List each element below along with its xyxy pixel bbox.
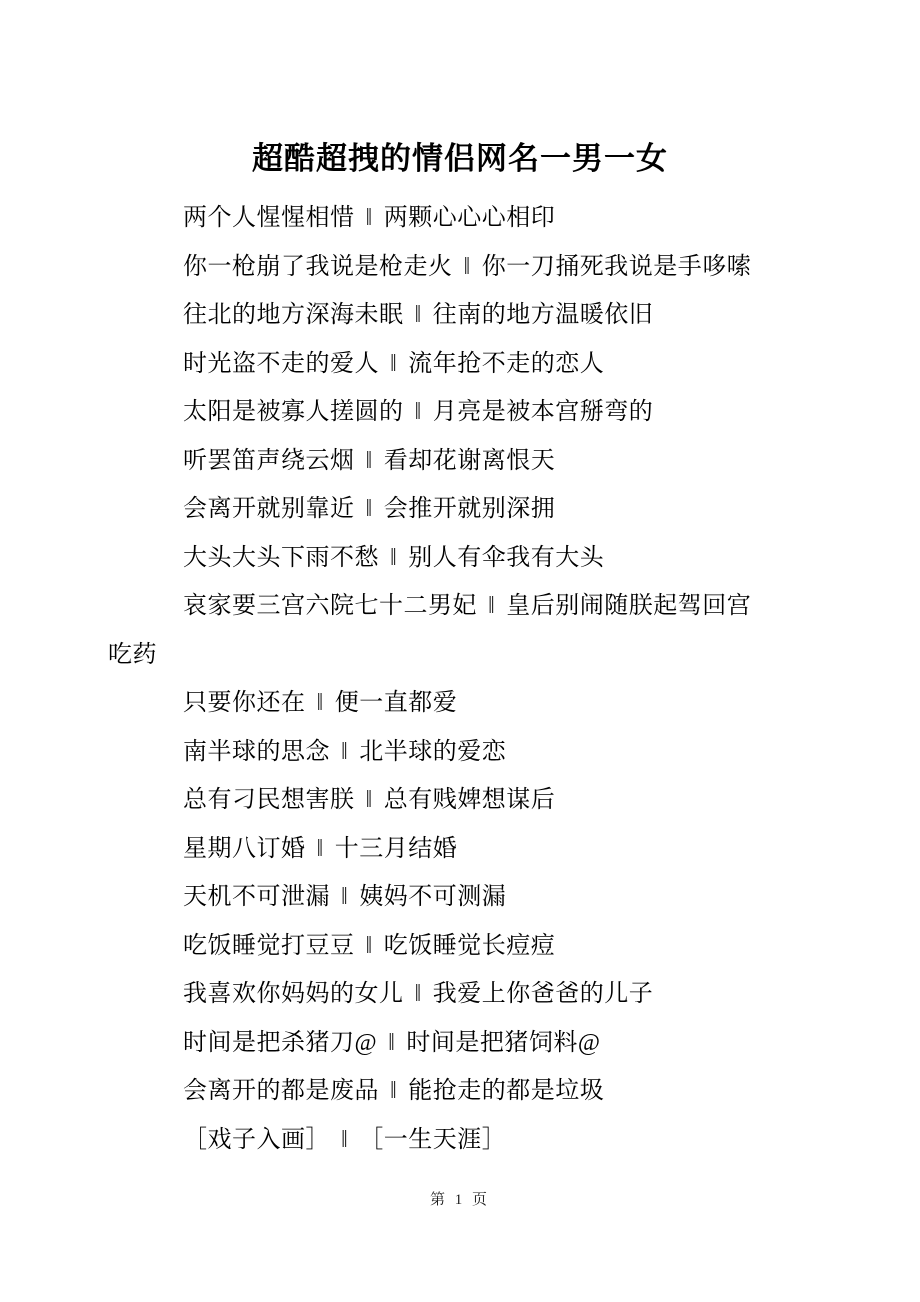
couple-pair-row: 我喜欢你妈妈的女儿‖我爱上你爸爸的儿子 [108,970,772,1019]
pair-separator: ‖ [377,1030,406,1056]
right-name: 两颗心心心相印 [384,205,556,231]
left-name: 时光盗不走的爱人 [183,351,379,377]
left-name: 只要你还在 [183,690,306,716]
right-name: 看却花谢离恨天 [384,448,556,474]
pair-separator: ‖ [306,690,335,716]
pair-separator: ‖ [355,787,384,813]
pair-separator: ‖ [306,836,335,862]
page-number-footer: 第 1 页 [0,1188,920,1209]
right-name: 你一刀捅死我说是手哆嗦 [482,254,752,280]
right-name: 北半球的爱恋 [359,739,506,765]
pair-separator: ‖ [355,496,384,522]
right-name: 能抢走的都是垃圾 [408,1078,604,1104]
right-name: ［一生天涯］ [359,1127,506,1153]
left-name: 太阳是被寡人搓圆的 [183,399,404,425]
left-name: 会离开就别靠近 [183,496,355,522]
right-name: 总有贱婢想谋后 [384,787,556,813]
pair-separator: ‖ [355,448,384,474]
page-title: 超酷超拽的情侣网名一男一女 [0,0,920,179]
right-name: 我爱上你爸爸的儿子 [433,981,654,1007]
right-name: 月亮是被本宫掰弯的 [433,399,654,425]
left-name: 星期八订婚 [183,836,306,862]
couple-names-list: 两个人惺惺相惜‖两颗心心心相印 你一枪崩了我说是枪走火‖你一刀捅死我说是手哆嗦 … [108,194,772,1164]
pair-separator: ‖ [404,302,433,328]
couple-pair-row: 太阳是被寡人搓圆的‖月亮是被本宫掰弯的 [108,388,772,437]
couple-pair-row: 会离开就别靠近‖会推开就别深拥 [108,485,772,534]
left-name: ［戏子入画］ [183,1127,330,1153]
left-name: 大头大头下雨不愁 [183,545,379,571]
couple-pair-row: 星期八订婚‖十三月结婚 [108,825,772,874]
left-name: 吃饭睡觉打豆豆 [183,933,355,959]
couple-pair-row: 往北的地方深海未眠‖往南的地方温暖依旧 [108,291,772,340]
couple-pair-row: 南半球的思念‖北半球的爱恋 [108,728,772,777]
pair-separator: ‖ [379,351,408,377]
right-name: 姨妈不可测漏 [359,884,506,910]
pair-separator: ‖ [330,1127,359,1153]
pair-separator: ‖ [404,399,433,425]
left-name: 哀家要三宫六院七十二男妃 [183,593,477,619]
left-name: 天机不可泄漏 [183,884,330,910]
pair-separator: ‖ [477,593,506,619]
pair-separator: ‖ [379,545,408,571]
couple-pair-row: 只要你还在‖便一直都爱 [108,679,772,728]
pair-separator: ‖ [355,205,384,231]
couple-pair-row: 哀家要三宫六院七十二男妃‖皇后别闹随朕起驾回宫吃药 [108,582,772,679]
right-name: 时间是把猪饲料@ [406,1030,600,1056]
right-name: 别人有伞我有大头 [408,545,604,571]
pair-separator: ‖ [355,933,384,959]
left-name: 时间是把杀猪刀@ [183,1030,377,1056]
couple-pair-row: 听罢笛声绕云烟‖看却花谢离恨天 [108,437,772,486]
couple-pair-row: 时间是把杀猪刀@‖时间是把猪饲料@ [108,1019,772,1068]
couple-pair-row: 吃饭睡觉打豆豆‖吃饭睡觉长痘痘 [108,922,772,971]
left-name: 我喜欢你妈妈的女儿 [183,981,404,1007]
left-name: 你一枪崩了我说是枪走火 [183,254,453,280]
pair-separator: ‖ [453,254,482,280]
pair-separator: ‖ [330,884,359,910]
left-name: 南半球的思念 [183,739,330,765]
right-name: 吃饭睡觉长痘痘 [384,933,556,959]
right-name: 便一直都爱 [335,690,458,716]
right-name: 会推开就别深拥 [384,496,556,522]
couple-pair-row: 大头大头下雨不愁‖别人有伞我有大头 [108,534,772,583]
couple-pair-row: ［戏子入画］‖［一生天涯］ [108,1116,772,1165]
pair-separator: ‖ [379,1078,408,1104]
pair-separator: ‖ [330,739,359,765]
couple-pair-row: 时光盗不走的爱人‖流年抢不走的恋人 [108,340,772,389]
left-name: 会离开的都是废品 [183,1078,379,1104]
left-name: 往北的地方深海未眠 [183,302,404,328]
right-name: 往南的地方温暖依旧 [433,302,654,328]
left-name: 两个人惺惺相惜 [183,205,355,231]
left-name: 听罢笛声绕云烟 [183,448,355,474]
couple-pair-row: 总有刁民想害朕‖总有贱婢想谋后 [108,776,772,825]
right-name: 流年抢不走的恋人 [408,351,604,377]
couple-pair-row: 会离开的都是废品‖能抢走的都是垃圾 [108,1067,772,1116]
couple-pair-row: 两个人惺惺相惜‖两颗心心心相印 [108,194,772,243]
left-name: 总有刁民想害朕 [183,787,355,813]
couple-pair-row: 天机不可泄漏‖姨妈不可测漏 [108,873,772,922]
pair-separator: ‖ [404,981,433,1007]
right-name: 十三月结婚 [335,836,458,862]
couple-pair-row: 你一枪崩了我说是枪走火‖你一刀捅死我说是手哆嗦 [108,243,772,292]
document-page: 超酷超拽的情侣网名一男一女 两个人惺惺相惜‖两颗心心心相印 你一枪崩了我说是枪走… [0,0,920,1302]
